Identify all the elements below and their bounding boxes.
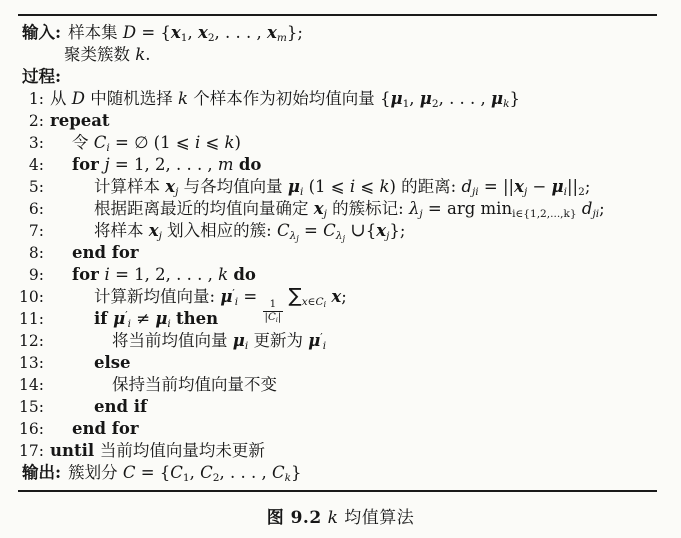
text-segment: = 1, 2, . . . , [110,265,218,284]
algo-step: 15:end if [18,396,657,418]
text-segment: , . . . , [439,89,491,108]
line-number: 12: [18,330,44,352]
text-segment: ⩽ [355,177,379,196]
algo-line: 过程: [18,66,657,88]
text-segment: ; [585,177,591,196]
text-segment: C [277,221,290,240]
text-segment: C [170,463,183,482]
algo-step: 8:end for [18,242,657,264]
line-number: 8: [18,242,44,264]
text-segment: 1 [183,472,190,484]
algo-line: 输入:样本集 D = {x1, x2, . . . , xm}; [18,22,657,44]
line-content: end for [50,418,139,440]
line-number: 10: [18,286,44,308]
algo-step: 9:for i = 1, 2, . . . , k do [18,264,657,286]
text-segment: until [50,441,100,460]
text-segment: , . . . , [215,23,267,42]
text-segment: μ [233,331,245,350]
algo-step: 7:将样本 xj 划入相应的簇: Cλj = Cλj ∪{xj}; [18,220,657,242]
text-segment: x [331,287,341,306]
algorithm-figure: 输入:样本集 D = {x1, x2, . . . , xm};聚类簇数 k.过… [18,14,657,492]
text-segment: x [314,199,324,218]
text-segment: k [178,89,188,108]
line-content: 过程: [18,66,68,88]
text-segment: = { [135,463,170,482]
figure-caption: 图 9.2 k 均值算法 [0,503,681,528]
text-segment: μ [220,287,232,306]
line-number: 15: [18,396,44,418]
text-segment: , . . . , [219,463,271,482]
text-segment: d [461,177,472,196]
algo-step: 14:保持当前均值向量不变 [18,374,657,396]
algo-step: 12:将当前均值向量 μi 更新为 μ′i [18,330,657,352]
line-number: 1: [18,88,44,110]
text-segment: ⩽ [200,133,224,152]
text-segment: x [149,221,159,240]
text-segment: 2 [578,186,585,198]
line-content: 令 Ci = ∅ (1 ⩽ i ⩽ k) [50,132,241,154]
text-segment: = [238,287,262,306]
text-segment: 聚类簇数 [64,45,135,64]
text-segment: 从 [50,89,72,108]
text-segment: = { [136,23,171,42]
text-segment: 个样本作为初始均值向量 { [188,89,391,108]
text-segment: 样本集 [68,23,123,42]
line-content: 将样本 xj 划入相应的簇: Cλj = Cλj ∪{xj}; [50,220,405,242]
text-segment: 2 [432,98,439,110]
text-segment: | [278,312,281,323]
text-segment: k [328,508,339,528]
section-label: 过程: [22,67,61,86]
line-number: 16: [18,418,44,440]
text-segment: m [277,32,287,44]
text-segment: 计算新均值向量: [94,287,220,306]
line-number: 6: [18,198,44,220]
line-number: 3: [18,132,44,154]
algo-step: 1:从 D 中随机选择 k 个样本作为初始均值向量 {μ1, μ2, . . .… [18,88,657,110]
text-segment: 中随机选择 [85,89,178,108]
algo-step: 4:for j = 1, 2, . . . , m do [18,154,657,176]
text-segment: = 1, 2, . . . , [110,155,218,174]
text-segment: − [527,177,551,196]
text-segment: ) [235,133,241,152]
line-content: 将当前均值向量 μi 更新为 μ′i [50,330,326,352]
text-segment: D [72,89,85,108]
algo-step: 16:end for [18,418,657,440]
text-segment: μ [113,309,125,328]
text-segment: μ [155,309,167,328]
line-number: 4: [18,154,44,176]
line-content: for i = 1, 2, . . . , k do [50,264,256,286]
algo-line: 聚类簇数 k. [18,44,657,66]
text-segment: μ [491,89,503,108]
line-content: 从 D 中随机选择 k 个样本作为初始均值向量 {μ1, μ2, . . . ,… [50,88,520,110]
text-segment: 2 [208,32,215,44]
text-segment: ) 的距离: [389,177,461,196]
text-segment: = || [479,177,514,196]
line-content: end for [50,242,139,264]
text-segment: k [379,177,389,196]
text-segment: end for [72,419,139,438]
text-segment: x∈Ci [302,296,326,308]
text-segment: μ [390,89,402,108]
line-number: 11: [18,308,44,330]
line-content: for j = 1, 2, . . . , m do [50,154,261,176]
line-content: if μ′i ≠ μi then [50,308,218,330]
algorithm-body: 输入:样本集 D = {x1, x2, . . . , xm};聚类簇数 k.过… [18,22,657,484]
text-segment: ; [341,287,347,306]
text-segment: μ [288,177,300,196]
text-segment: μ [420,89,432,108]
text-segment: x [171,23,181,42]
line-number: 2: [18,110,44,132]
text-segment: ji [472,186,479,198]
text-segment: λj [290,230,299,242]
line-number: 14: [18,374,44,396]
text-segment: end if [94,397,147,416]
text-segment: 计算样本 [94,177,165,196]
text-segment: 与各均值向量 [178,177,288,196]
text-segment: 簇划分 [68,463,123,482]
text-segment: 保持当前均值向量不变 [112,375,277,394]
text-segment: x [514,177,524,196]
text-segment: 将样本 [94,221,149,240]
algo-line: 输出:簇划分 C = {C1, C2, . . . , Ck} [18,462,657,484]
algo-step: 2:repeat [18,110,657,132]
text-segment: 图 9.2 [267,508,322,528]
text-segment: ∪ [350,220,365,241]
text-segment: else [94,353,131,372]
text-segment: 1 [270,299,277,310]
text-segment: 更新为 [248,331,308,350]
line-content: 计算样本 xj 与各均值向量 μi (1 ⩽ i ⩽ k) 的距离: dji =… [50,176,590,198]
text-segment: ∑ [289,284,302,307]
text-segment: λj [336,230,345,242]
text-segment: 将当前均值向量 [112,331,233,350]
text-segment: = arg min [423,199,512,218]
line-content: repeat [50,110,110,132]
text-segment: do [233,265,256,284]
text-segment: , [409,89,420,108]
line-content: 输出:簇划分 C = {C1, C2, . . . , Ck} [18,462,301,484]
text-segment: || [567,177,578,196]
line-content: 根据距离最近的均值向量确定 xj 的簇标记: λj = arg mini∈{1,… [50,198,605,220]
text-segment: C [94,133,107,152]
text-segment: k [225,133,235,152]
line-content: 保持当前均值向量不变 [50,374,277,396]
text-segment: 当前均值向量均未更新 [100,441,265,460]
page: { "page": { "colors": { "background": "#… [0,0,681,538]
text-segment: d [582,199,593,218]
text-segment: x [376,221,386,240]
text-segment: m [218,155,234,174]
text-segment: 令 [72,133,94,152]
text-segment: . [145,45,150,64]
text-segment: λ [409,199,419,218]
text-segment: k [218,265,228,284]
text-segment: ; [599,199,605,218]
text-segment: C [272,463,285,482]
section-label: 输出: [22,463,61,482]
text-segment: k [135,45,145,64]
text-segment: i∈{1,2,...,k} [512,208,577,220]
text-segment: if [94,309,113,328]
text-segment: for [72,155,105,174]
line-number: 7: [18,220,44,242]
line-content: end if [50,396,147,418]
line-number: 13: [18,352,44,374]
algo-step: 10:计算新均值向量: μ′i = 1|Ci| ∑x∈Ci x; [18,286,657,308]
line-content: 输入:样本集 D = {x1, x2, . . . , xm}; [18,22,303,44]
text-segment: C [268,312,276,323]
algo-step: 3:令 Ci = ∅ (1 ⩽ i ⩽ k) [18,132,657,154]
text-segment: = [299,221,323,240]
text-segment: C [323,221,336,240]
text-segment: x [198,23,208,42]
text-segment: x [165,177,175,196]
text-segment: ≠ [131,309,155,328]
text-segment: { [366,221,377,240]
text-segment: do [239,155,262,174]
text-segment: then [176,309,218,328]
text-segment: , [187,23,198,42]
text-segment: 根据距离最近的均值向量确定 [94,199,314,218]
text-segment: repeat [50,111,110,130]
text-segment: }; [389,221,405,240]
text-segment: } [510,89,521,108]
text-segment: 划入相应的簇: [162,221,277,240]
text-segment: (1 ⩽ [303,177,350,196]
algo-step: 5:计算样本 xj 与各均值向量 μi (1 ⩽ i ⩽ k) 的距离: dji… [18,176,657,198]
text-segment: }; [287,23,303,42]
line-number: 5: [18,176,44,198]
algo-step: 6:根据距离最近的均值向量确定 xj 的簇标记: λj = arg mini∈{… [18,198,657,220]
line-number: 9: [18,264,44,286]
line-content: 聚类簇数 k. [18,44,151,66]
text-segment: } [291,463,302,482]
algo-step: 17:until 当前均值向量均未更新 [18,440,657,462]
algo-step: 13:else [18,352,657,374]
text-segment: x [267,23,277,42]
text-segment: μ [552,177,564,196]
text-segment: for [72,265,105,284]
fraction: 1|Ci| [263,299,284,323]
text-segment: , [190,463,201,482]
section-label: 输入: [22,23,61,42]
text-segment: 均值算法 [338,508,414,528]
text-segment: C [200,463,213,482]
line-content: until 当前均值向量均未更新 [50,440,265,462]
text-segment: D [123,23,136,42]
text-segment: = ∅ (1 ⩽ [110,133,195,152]
text-segment: μ [308,331,320,350]
text-segment: C [123,463,136,482]
line-number: 17: [18,440,44,462]
line-content: else [50,352,131,374]
text-segment: end for [72,243,139,262]
text-segment: i [323,340,326,352]
text-segment: 的簇标记: [327,199,409,218]
